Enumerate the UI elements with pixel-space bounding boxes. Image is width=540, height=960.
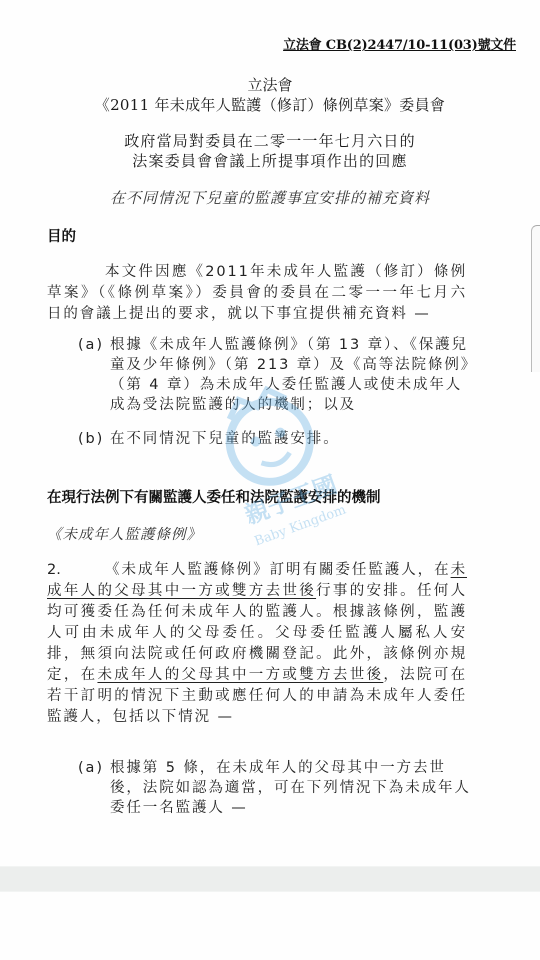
paragraph-number: 2. (47, 560, 105, 581)
item-label: (a) (78, 335, 104, 355)
item-text: 根據第 5 條，在未成年人的父母其中一方去世後，法院如認為適當，可在下列情況下為… (110, 758, 478, 818)
title-legco: 立法會 (0, 74, 540, 95)
heading-purpose: 目的 (47, 225, 76, 246)
mechanism-item-a: (a) 根據第 5 條，在未成年人的父母其中一方去世後，法院如認為適當，可在下列… (78, 758, 478, 818)
item-label: (a) (78, 758, 104, 778)
item-label: (b) (78, 429, 104, 449)
title-committee: 《2011 年未成年人監護（修訂）條例草案》委員會 (0, 94, 540, 115)
paragraph-2: 2.《未成年人監護條例》訂明有關委任監護人，在未成年人的父母其中一方或雙方去世後… (47, 560, 467, 728)
subtitle-line1: 政府當局對委員在二零一一年七月六日的 (0, 130, 540, 151)
purpose-paragraph: 本文件因應《2011年未成年人監護（修訂）條例草案》（《條例草案》）委員會的委員… (47, 262, 467, 325)
italic-title: 在不同情況下兒童的監護事宜安排的補充資料 (0, 187, 540, 208)
subtitle-line2: 法案委員會會議上所提事項作出的回應 (0, 150, 540, 171)
page-separator-bar (0, 866, 540, 892)
scroll-handle[interactable] (531, 225, 540, 372)
document-page: 立法會 CB(2)2447/10-11(03)號文件 立法會 《2011 年未成… (0, 0, 540, 866)
para2-underlined-2: 未成年人的父母其中一方或雙方去世後 (97, 667, 383, 683)
subheading-ordinance: 《未成年人監護條例》 (47, 523, 202, 544)
document-reference: 立法會 CB(2)2447/10-11(03)號文件 (283, 34, 516, 53)
para2-text-1: 《未成年人監護條例》訂明有關委任監護人，在 (105, 562, 451, 578)
